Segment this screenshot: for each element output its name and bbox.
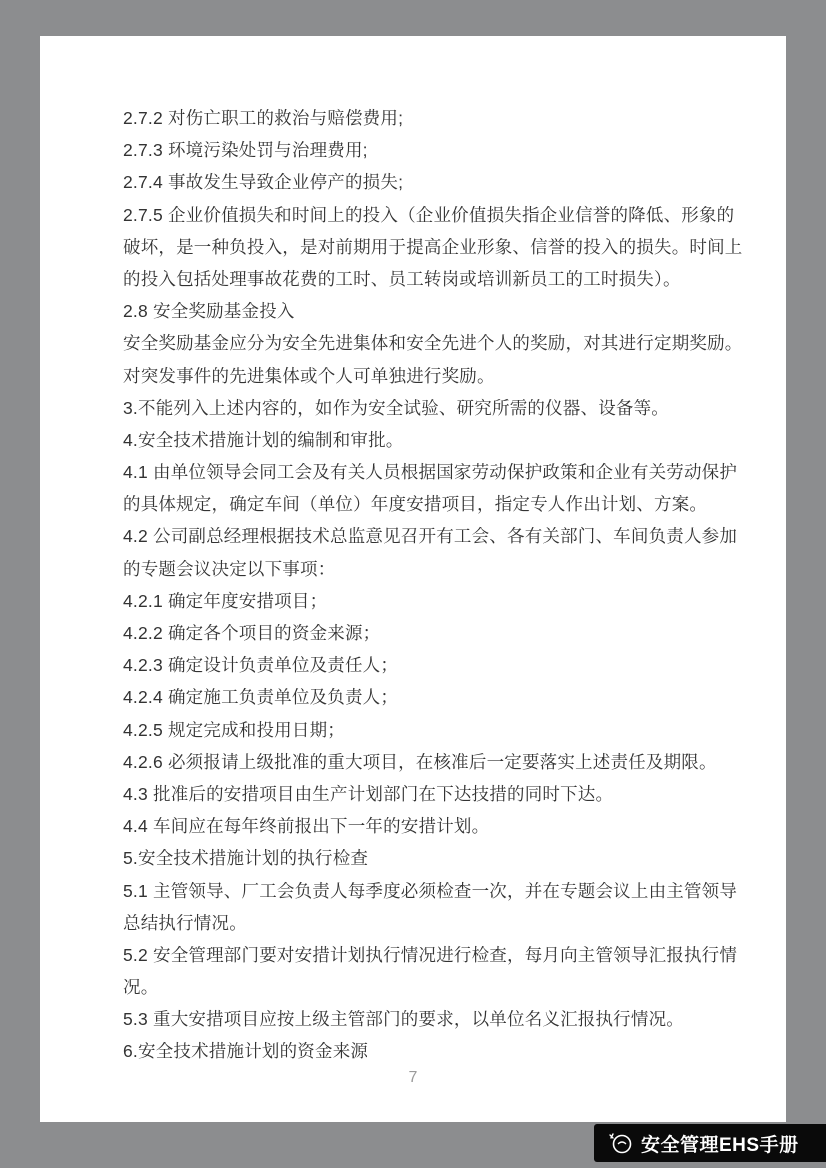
text-line: 4.2.6 必须报请上级批准的重大项目，在核准后一定要落实上述责任及期限。 <box>123 746 719 778</box>
text-line: 安全奖励基金应分为安全先进集体和安全先进个人的奖励，对其进行定期奖励。 <box>123 327 719 359</box>
document-page: 2.7.2 对伤亡职工的救治与赔偿费用;2.7.3 环境污染处罚与治理费用;2.… <box>40 36 786 1122</box>
text-line: 2.7.3 环境污染处罚与治理费用; <box>123 134 719 166</box>
text-line: 4.2.5 规定完成和投用日期； <box>123 714 719 746</box>
body-text: 2.7.2 对伤亡职工的救治与赔偿费用;2.7.3 环境污染处罚与治理费用;2.… <box>123 102 719 1068</box>
screenshot-canvas: 2.7.2 对伤亡职工的救治与赔偿费用;2.7.3 环境污染处罚与治理费用;2.… <box>0 0 826 1168</box>
text-line: 4.4 车间应在每年终前报出下一年的安措计划。 <box>123 810 719 842</box>
text-line: 4.1 由单位领导会同工会及有关人员根据国家劳动保护政策和企业有关劳动保护 <box>123 456 719 488</box>
text-line: 2.7.5 企业价值损失和时间上的投入（企业价值损失指企业信誉的降低、形象的 <box>123 199 719 231</box>
text-line: 的专题会议决定以下事项： <box>123 553 719 585</box>
text-line: 2.7.4 事故发生导致企业停产的损失; <box>123 166 719 198</box>
text-line: 2.8 安全奖励基金投入 <box>123 295 719 327</box>
text-line: 4.2.3 确定设计负责单位及责任人； <box>123 649 719 681</box>
text-line: 5.2 安全管理部门要对安措计划执行情况进行检查，每月向主管领导汇报执行情 <box>123 939 719 971</box>
text-line: 对突发事件的先进集体或个人可单独进行奖励。 <box>123 360 719 392</box>
text-line: 况。 <box>123 971 719 1003</box>
text-line: 6.安全技术措施计划的资金来源 <box>123 1035 719 1067</box>
text-line: 4.2.1 确定年度安措项目； <box>123 585 719 617</box>
text-line: 4.安全技术措施计划的编制和审批。 <box>123 424 719 456</box>
text-line: 4.3 批准后的安措项目由生产计划部门在下达技措的同时下达。 <box>123 778 719 810</box>
text-line: 总结执行情况。 <box>123 907 719 939</box>
text-line: 破坏，是一种负投入，是对前期用于提高企业形象、信誉的投入的损失。时间上 <box>123 231 719 263</box>
page-number: 7 <box>40 1069 786 1087</box>
text-line: 5.1 主管领导、厂工会负责人每季度必须检查一次，并在专题会议上由主管领导 <box>123 875 719 907</box>
brand-footer-bar: 安全管理EHS手册 <box>594 1124 826 1162</box>
brand-logo-icon <box>606 1129 634 1157</box>
brand-title: 安全管理EHS手册 <box>641 1130 799 1157</box>
text-line: 4.2 公司副总经理根据技术总监意见召开有工会、各有关部门、车间负责人参加 <box>123 520 719 552</box>
text-line: 4.2.2 确定各个项目的资金来源； <box>123 617 719 649</box>
text-line: 3.不能列入上述内容的，如作为安全试验、研究所需的仪器、设备等。 <box>123 392 719 424</box>
text-line: 的投入包括处理事故花费的工时、员工转岗或培训新员工的工时损失）。 <box>123 263 719 295</box>
text-line: 2.7.2 对伤亡职工的救治与赔偿费用; <box>123 102 719 134</box>
text-line: 4.2.4 确定施工负责单位及负责人； <box>123 681 719 713</box>
text-line: 5.安全技术措施计划的执行检查 <box>123 842 719 874</box>
text-line: 5.3 重大安措项目应按上级主管部门的要求，以单位名义汇报执行情况。 <box>123 1003 719 1035</box>
text-line: 的具体规定，确定车间（单位）年度安措项目，指定专人作出计划、方案。 <box>123 488 719 520</box>
